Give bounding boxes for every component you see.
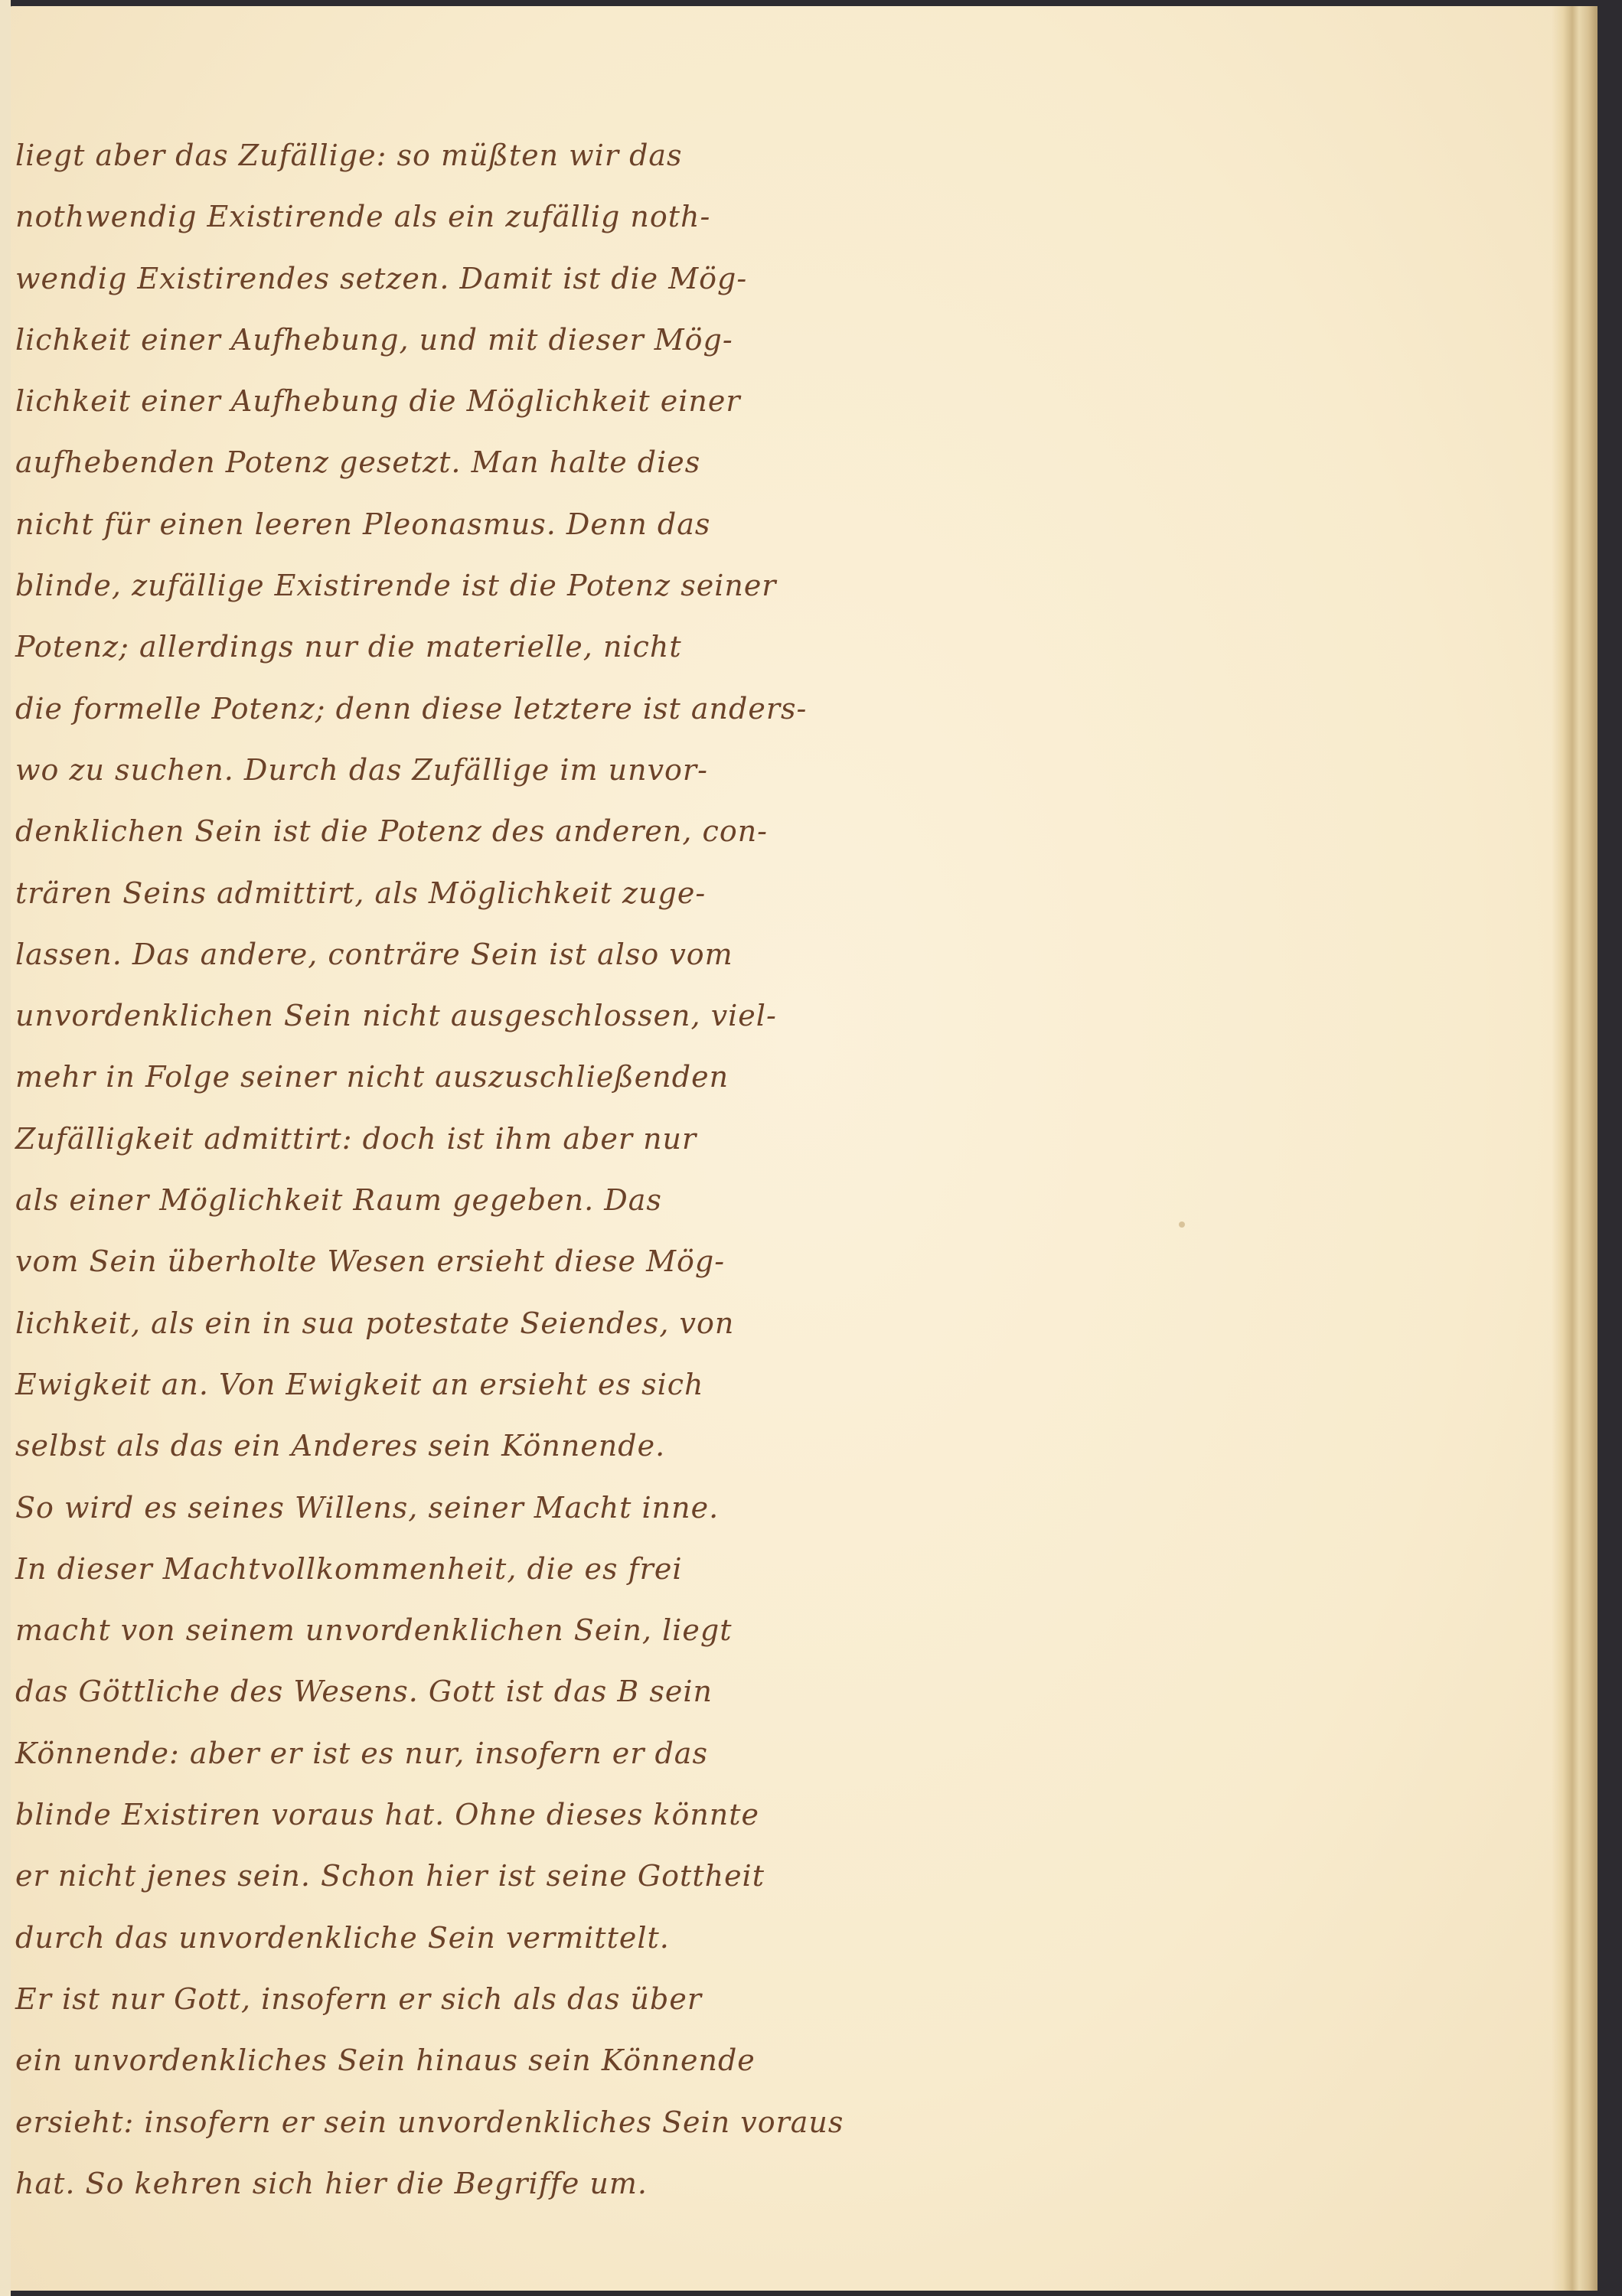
text-line: wo zu suchen. Durch das Zufällige im unv… <box>9 739 851 801</box>
text-line: unvordenklichen Sein nicht ausgeschlosse… <box>9 985 851 1046</box>
text-line: blinde Existiren voraus hat. Ohne dieses… <box>9 1784 851 1845</box>
text-line: wendig Existirendes setzen. Damit ist di… <box>9 248 851 309</box>
text-line: So wird es seines Willens, seiner Macht … <box>9 1477 851 1538</box>
handwritten-text-block: liegt aber das Zufällige: so müßten wir … <box>9 125 851 2214</box>
deckled-page-edge <box>1552 6 1598 2291</box>
text-line: die formelle Potenz; denn diese letztere… <box>9 678 851 739</box>
text-line: Zufälligkeit admittirt: doch ist ihm abe… <box>9 1108 851 1169</box>
text-line: blinde, zufällige Existirende ist die Po… <box>9 555 851 616</box>
text-line: lichkeit, als ein in sua potestate Seien… <box>9 1293 851 1354</box>
text-line: lichkeit einer Aufhebung die Möglichkeit… <box>9 370 851 432</box>
text-line: aufhebenden Potenz gesetzt. Man halte di… <box>9 432 851 493</box>
text-line: trären Seins admittirt, als Möglichkeit … <box>9 863 851 924</box>
text-line: das Göttliche des Wesens. Gott ist das B… <box>9 1661 851 1722</box>
text-line: macht von seinem unvordenklichen Sein, l… <box>9 1600 851 1661</box>
text-line: er nicht jenes sein. Schon hier ist sein… <box>9 1845 851 1906</box>
text-line: mehr in Folge seiner nicht auszuschließe… <box>9 1046 851 1107</box>
text-line: durch das unvordenkliche Sein vermittelt… <box>9 1907 851 1968</box>
text-line: als einer Möglichkeit Raum gegeben. Das <box>9 1169 851 1231</box>
manuscript-page: liegt aber das Zufällige: so müßten wir … <box>9 6 1598 2291</box>
text-line: selbst als das ein Anderes sein Könnende… <box>9 1415 851 1476</box>
text-line: liegt aber das Zufällige: so müßten wir … <box>9 125 851 186</box>
text-line: Ewigkeit an. Von Ewigkeit an ersieht es … <box>9 1354 851 1415</box>
text-line: ein unvordenkliches Sein hinaus sein Kön… <box>9 2030 851 2091</box>
text-line: hat. So kehren sich hier die Begriffe um… <box>9 2153 851 2214</box>
text-line: lichkeit einer Aufhebung, und mit dieser… <box>9 309 851 370</box>
text-line: Er ist nur Gott, insofern er sich als da… <box>9 1968 851 2030</box>
text-line: nicht für einen leeren Pleonasmus. Denn … <box>9 494 851 555</box>
binding-gutter <box>0 0 11 2296</box>
text-line: nothwendig Existirende als ein zufällig … <box>9 186 851 247</box>
text-line: ersieht: insofern er sein unvordenkliche… <box>9 2092 851 2153</box>
text-line: lassen. Das andere, conträre Sein ist al… <box>9 924 851 985</box>
text-line: Potenz; allerdings nur die materielle, n… <box>9 616 851 677</box>
text-line: In dieser Machtvollkommenheit, die es fr… <box>9 1538 851 1600</box>
paper-spot <box>1179 1221 1185 1228</box>
text-line: Könnende: aber er ist es nur, insofern e… <box>9 1723 851 1784</box>
text-line: vom Sein überholte Wesen ersieht diese M… <box>9 1231 851 1292</box>
text-line: denklichen Sein ist die Potenz des ander… <box>9 801 851 862</box>
